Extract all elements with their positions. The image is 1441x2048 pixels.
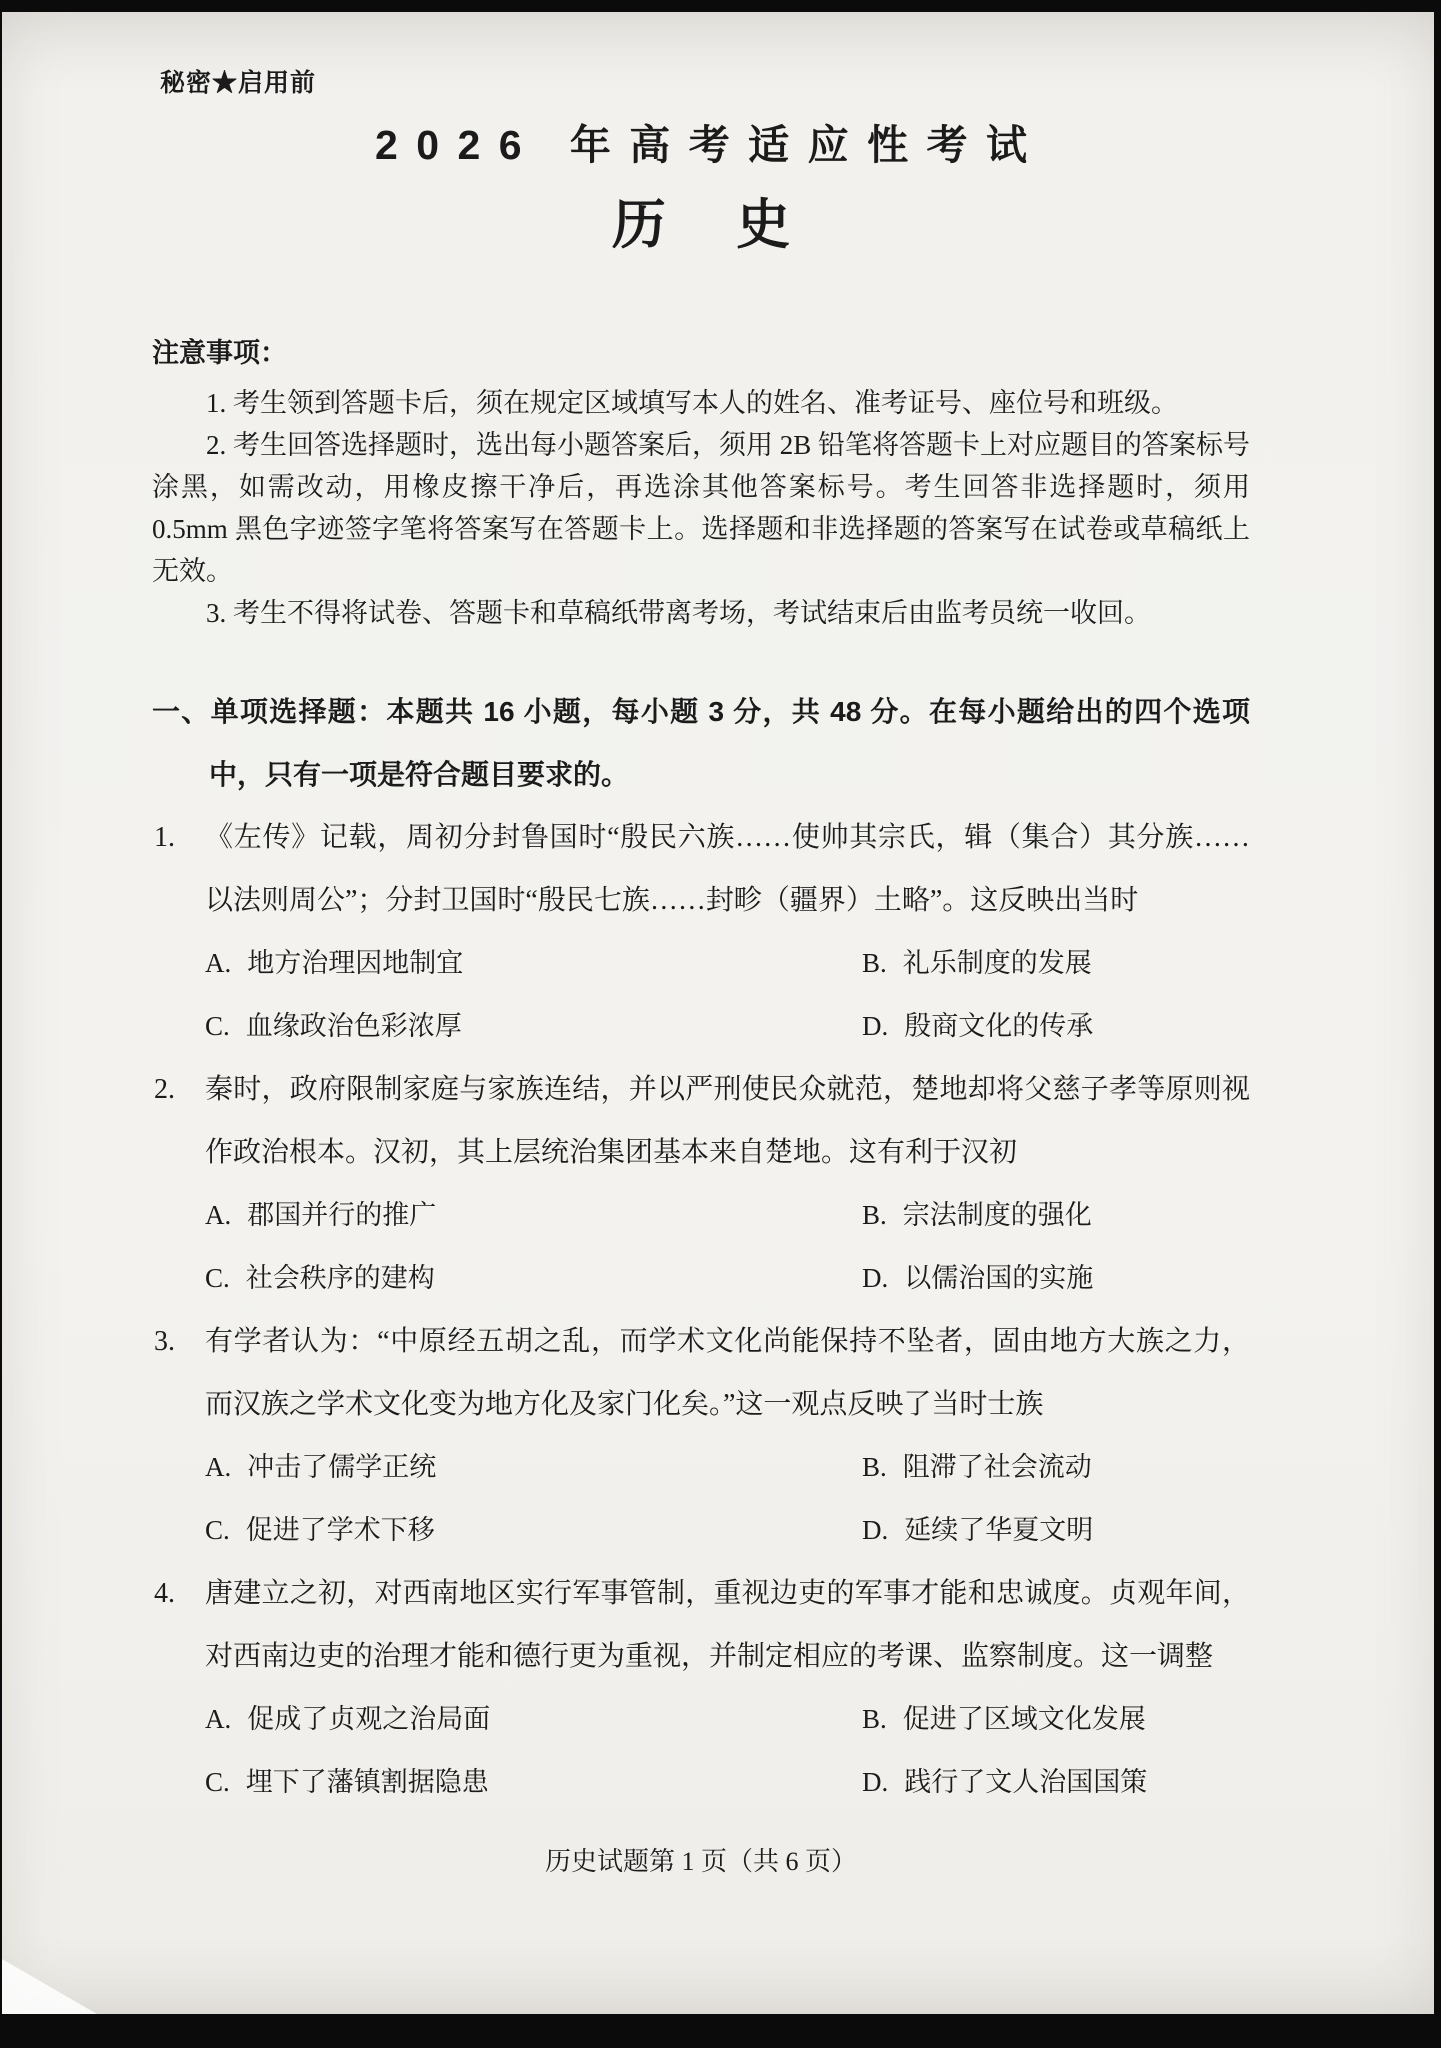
- option-text: 阻滞了社会流动: [903, 1436, 1092, 1499]
- option-text: 埋下了藩镇割据隐患: [246, 1751, 489, 1814]
- subject-title: 历 史: [152, 194, 1250, 256]
- option-label: B.: [862, 1184, 887, 1247]
- exam-title: 2026 年高考适应性考试: [152, 120, 1250, 170]
- notice-item-2: 2. 考生回答选择题时，选出每小题答案后，须用 2B 铅笔将答题卡上对应题目的答…: [152, 424, 1250, 592]
- options-grid: A. 冲击了儒学正统 B. 阻滞了社会流动 C. 促进了学术下移 D. 延续了华…: [205, 1436, 1250, 1562]
- option-text: 以儒治国的实施: [904, 1247, 1093, 1310]
- options-grid: A. 郡国并行的推广 B. 宗法制度的强化 C. 社会秩序的建构 D. 以儒治国…: [205, 1184, 1250, 1310]
- option-b: B. 礼乐制度的发展: [862, 932, 1250, 995]
- option-text: 郡国并行的推广: [247, 1184, 436, 1247]
- option-a: A. 冲击了儒学正统: [205, 1436, 862, 1499]
- option-label: C.: [205, 1751, 230, 1814]
- option-text: 延续了华夏文明: [904, 1499, 1093, 1562]
- question-1: 1. 《左传》记载，周初分封鲁国时“殷民六族……使帅其宗氏，辑（集合）其分族………: [152, 806, 1250, 1058]
- page-footer: 历史试题第 1 页（共 6 页）: [152, 1842, 1250, 1882]
- question-number: 4.: [154, 1562, 175, 1625]
- option-label: A.: [205, 932, 231, 995]
- option-label: D.: [862, 995, 888, 1058]
- option-text: 促进了区域文化发展: [903, 1688, 1146, 1751]
- option-text: 冲击了儒学正统: [247, 1436, 436, 1499]
- option-text: 礼乐制度的发展: [903, 932, 1092, 995]
- option-b: B. 促进了区域文化发展: [862, 1688, 1250, 1751]
- options-grid: A. 地方治理因地制宜 B. 礼乐制度的发展 C. 血缘政治色彩浓厚 D. 殷商…: [205, 932, 1250, 1058]
- option-d: D. 殷商文化的传承: [862, 995, 1250, 1058]
- option-label: B.: [862, 1688, 887, 1751]
- option-a: A. 促成了贞观之治局面: [205, 1688, 862, 1751]
- option-d: D. 以儒治国的实施: [862, 1247, 1250, 1310]
- option-c: C. 血缘政治色彩浓厚: [205, 995, 862, 1058]
- notice-heading: 注意事项：: [152, 336, 1250, 370]
- option-d: D. 延续了华夏文明: [862, 1499, 1250, 1562]
- option-text: 血缘政治色彩浓厚: [246, 995, 462, 1058]
- notice-item-3: 3. 考生不得将试卷、答题卡和草稿纸带离考场，考试结束后由监考员统一收回。: [152, 592, 1250, 634]
- option-text: 殷商文化的传承: [904, 995, 1093, 1058]
- option-label: A.: [205, 1184, 231, 1247]
- notice-list: 1. 考生领到答题卡后，须在规定区域填写本人的姓名、准考证号、座位号和班级。 2…: [152, 382, 1250, 634]
- page-content: 秘密★启用前 2026 年高考适应性考试 历 史 注意事项： 1. 考生领到答题…: [152, 12, 1250, 1882]
- option-label: C.: [205, 1247, 230, 1310]
- option-label: D.: [862, 1499, 888, 1562]
- option-label: A.: [205, 1688, 231, 1751]
- option-text: 促成了贞观之治局面: [247, 1688, 490, 1751]
- options-grid: A. 促成了贞观之治局面 B. 促进了区域文化发展 C. 埋下了藩镇割据隐患 D…: [205, 1688, 1250, 1814]
- option-label: C.: [205, 1499, 230, 1562]
- option-text: 地方治理因地制宜: [247, 932, 463, 995]
- question-number: 3.: [154, 1310, 175, 1373]
- question-4: 4. 唐建立之初，对西南地区实行军事管制，重视边吏的军事才能和忠诚度。贞观年间，…: [152, 1562, 1250, 1814]
- notice-item-1: 1. 考生领到答题卡后，须在规定区域填写本人的姓名、准考证号、座位号和班级。: [152, 382, 1250, 424]
- question-3: 3. 有学者认为：“中原经五胡之乱，而学术文化尚能保持不坠者，固由地方大族之力，…: [152, 1310, 1250, 1562]
- option-b: B. 阻滞了社会流动: [862, 1436, 1250, 1499]
- question-stem: 《左传》记载，周初分封鲁国时“殷民六族……使帅其宗氏，辑（集合）其分族……以法则…: [205, 806, 1250, 932]
- question-2: 2. 秦时，政府限制家庭与家族连结，并以严刑使民众就范，楚地却将父慈子孝等原则视…: [152, 1058, 1250, 1310]
- question-number: 1.: [154, 806, 175, 869]
- option-text: 宗法制度的强化: [903, 1184, 1092, 1247]
- question-number: 2.: [154, 1058, 175, 1121]
- option-label: B.: [862, 1436, 887, 1499]
- option-d: D. 践行了文人治国国策: [862, 1751, 1250, 1814]
- exam-paper-page: 秘密★启用前 2026 年高考适应性考试 历 史 注意事项： 1. 考生领到答题…: [2, 12, 1434, 2014]
- option-label: B.: [862, 932, 887, 995]
- option-a: A. 地方治理因地制宜: [205, 932, 862, 995]
- option-label: C.: [205, 995, 230, 1058]
- question-stem: 有学者认为：“中原经五胡之乱，而学术文化尚能保持不坠者，固由地方大族之力，而汉族…: [205, 1310, 1250, 1436]
- option-label: D.: [862, 1247, 888, 1310]
- option-a: A. 郡国并行的推广: [205, 1184, 862, 1247]
- classification-label: 秘密★启用前: [160, 68, 1250, 98]
- section-heading: 一、单项选择题：本题共 16 小题，每小题 3 分，共 48 分。在每小题给出的…: [152, 680, 1250, 806]
- option-c: C. 社会秩序的建构: [205, 1247, 862, 1310]
- option-c: C. 埋下了藩镇割据隐患: [205, 1751, 862, 1814]
- option-text: 践行了文人治国国策: [904, 1751, 1147, 1814]
- option-text: 社会秩序的建构: [246, 1247, 435, 1310]
- page-corner-curl: [2, 1959, 97, 2014]
- option-label: D.: [862, 1751, 888, 1814]
- option-b: B. 宗法制度的强化: [862, 1184, 1250, 1247]
- question-stem: 秦时，政府限制家庭与家族连结，并以严刑使民众就范，楚地却将父慈子孝等原则视作政治…: [205, 1058, 1250, 1184]
- option-c: C. 促进了学术下移: [205, 1499, 862, 1562]
- option-text: 促进了学术下移: [246, 1499, 435, 1562]
- option-label: A.: [205, 1436, 231, 1499]
- question-stem: 唐建立之初，对西南地区实行军事管制，重视边吏的军事才能和忠诚度。贞观年间，对西南…: [205, 1562, 1250, 1688]
